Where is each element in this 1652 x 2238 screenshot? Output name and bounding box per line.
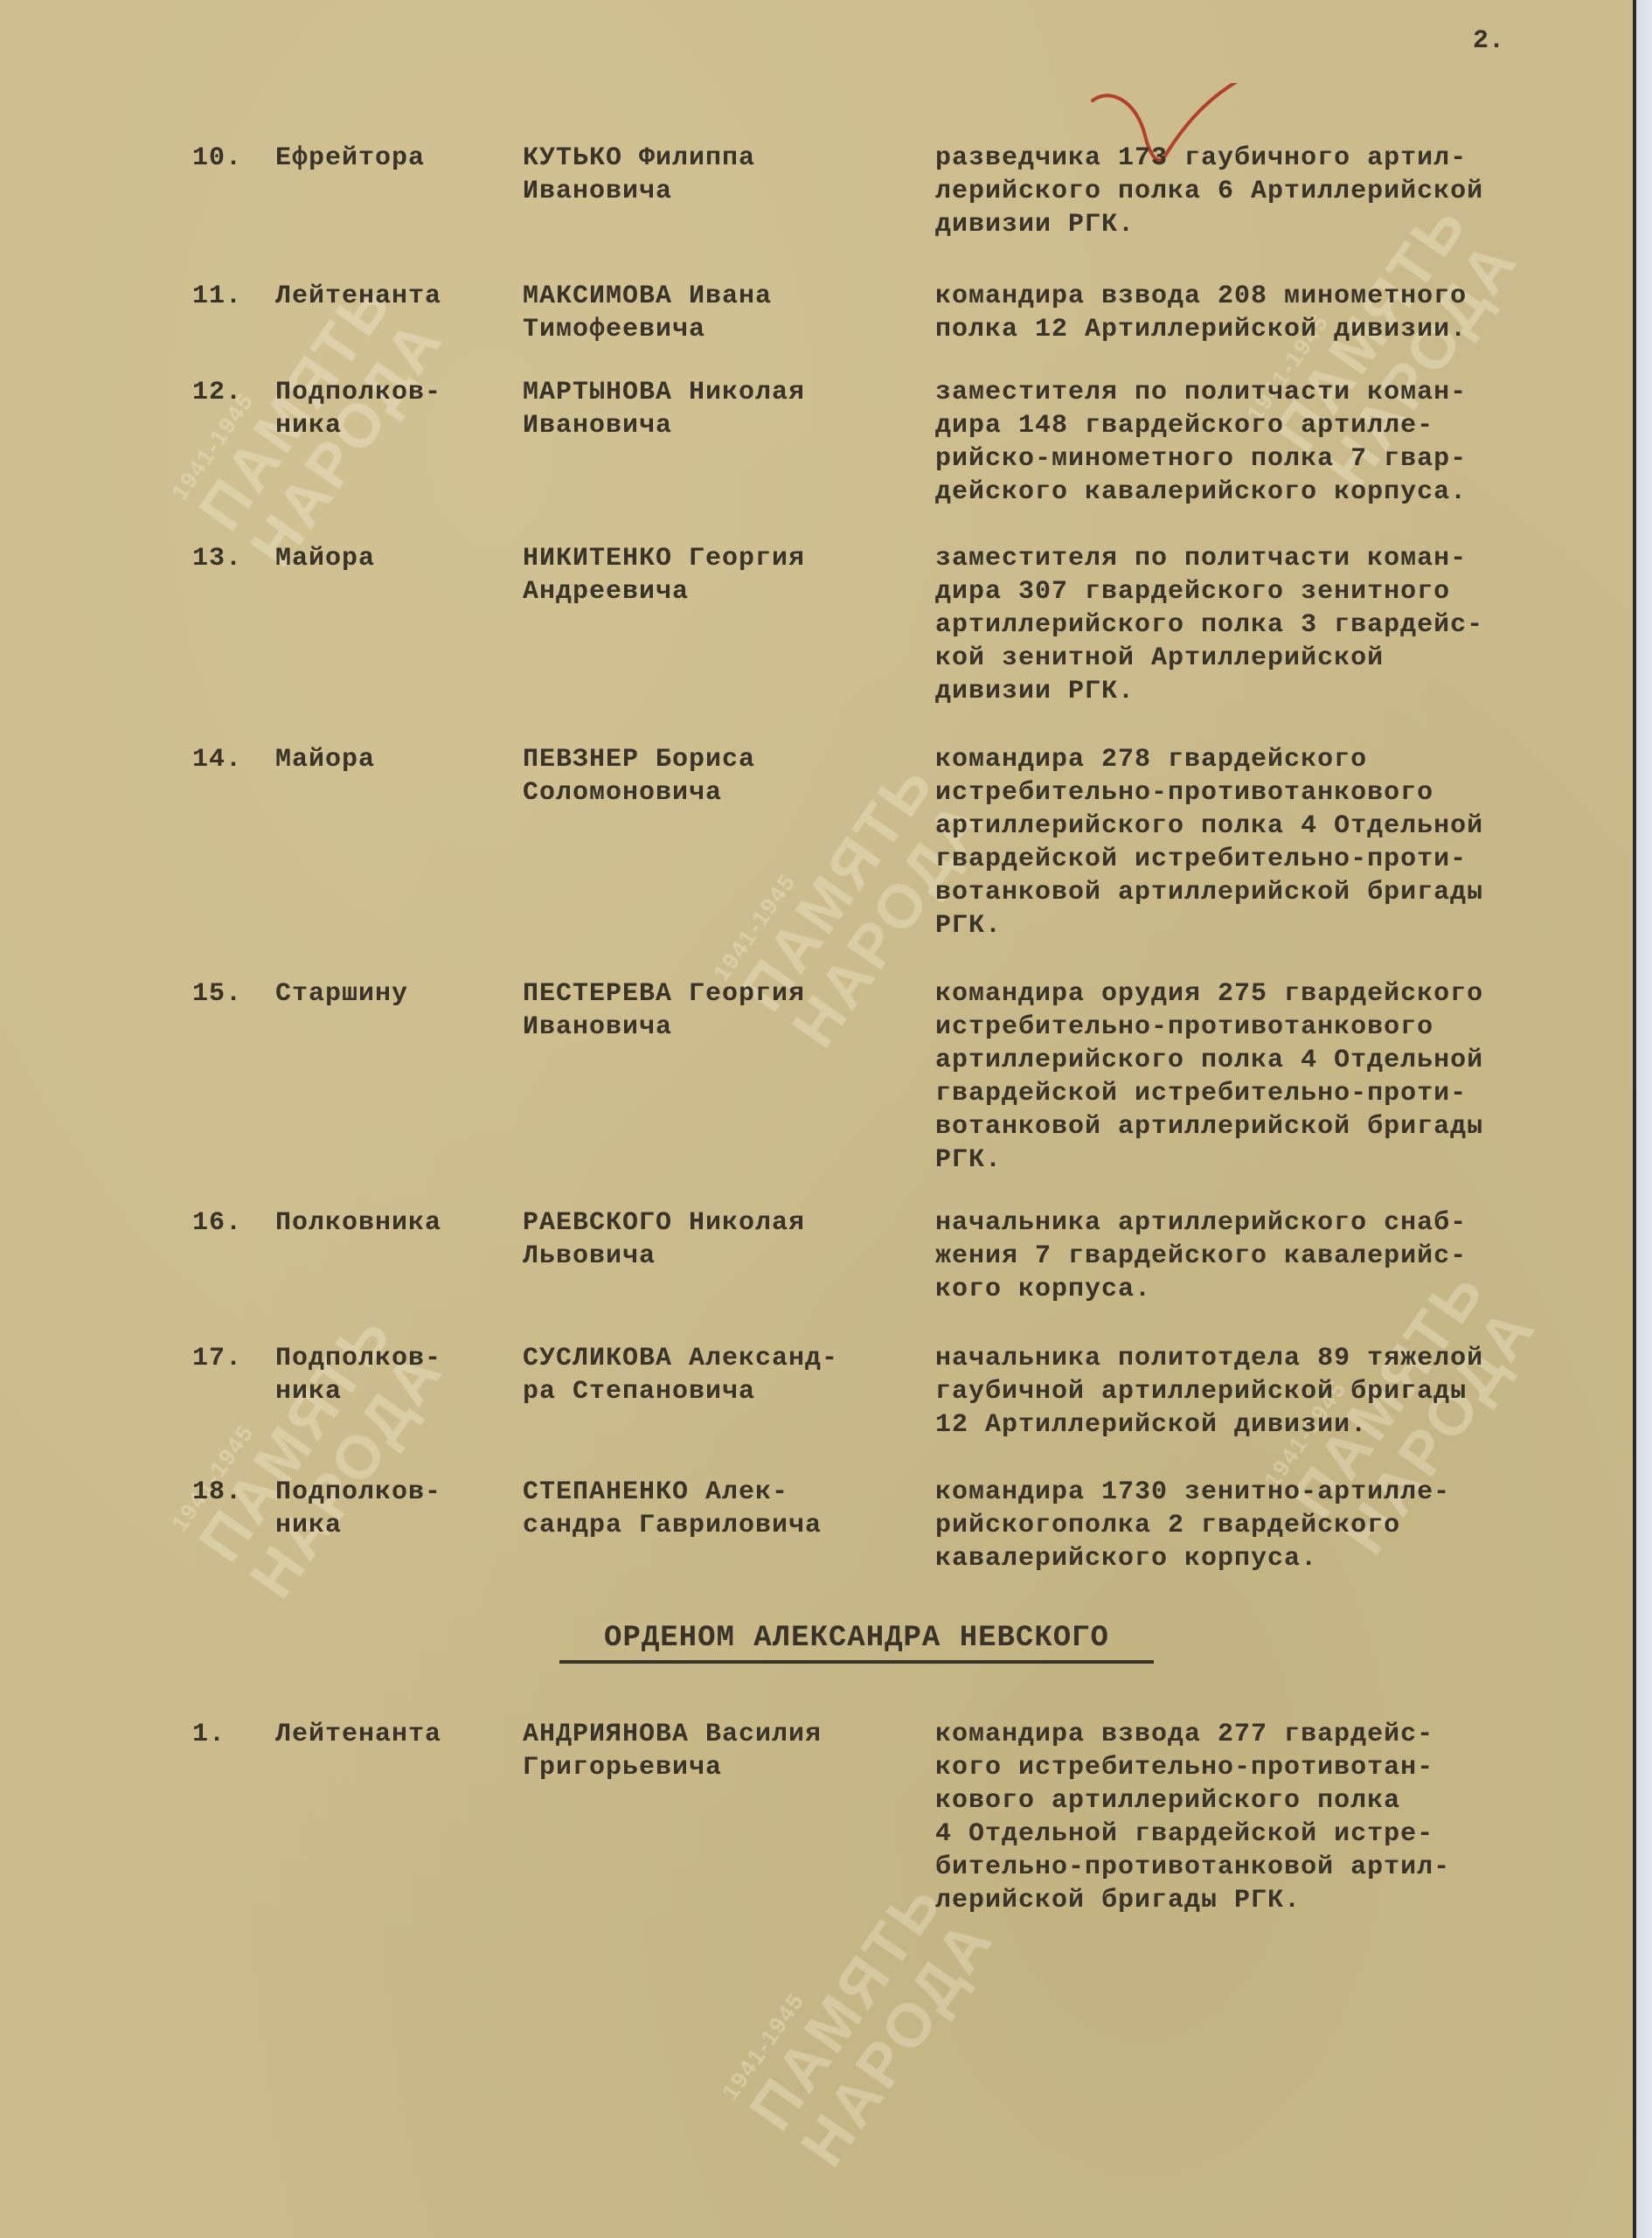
entry-num: 14. <box>192 743 271 776</box>
entry-name: НИКИТЕНКО Георгия Андреевича <box>523 542 934 608</box>
entry-name: МАРТЫНОВА Николая Ивановича <box>523 376 934 442</box>
entry-rank: Лейтенанта <box>275 280 520 313</box>
entry-desc: командира 1730 зенитно-артилле- рийского… <box>935 1476 1626 1575</box>
scan-edge <box>1633 0 1652 2238</box>
entry-name: СУСЛИКОВА Александ- ра Степановича <box>523 1342 934 1408</box>
entry-num: 12. <box>192 376 271 409</box>
page-number: 2. <box>1473 26 1504 56</box>
entry-num: 10. <box>192 142 271 175</box>
entry-num: 15. <box>192 977 271 1011</box>
watermark: 1941-1945 ПАМЯТЬ НАРОДА <box>166 1287 455 1608</box>
watermark-text: НАРОДА <box>237 307 455 579</box>
entry-rank: Подполков- ника <box>275 376 520 442</box>
entry-num: 16. <box>192 1206 271 1240</box>
entry-name: МАКСИМОВА Ивана Тимофеевича <box>523 280 934 346</box>
entry-desc: разведчика 173 гаубичного артил- лерийск… <box>935 142 1626 241</box>
entry-name: СТЕПАНЕНКО Алек- сандра Гавриловича <box>523 1476 934 1542</box>
entry-name: КУТЬКО Филиппа Ивановича <box>523 142 934 208</box>
entry-rank: Ефрейтора <box>275 142 520 175</box>
entry-num: 17. <box>192 1342 271 1375</box>
entry-num: 11. <box>192 280 271 313</box>
entry-desc: начальника артиллерийского снаб- жения 7… <box>935 1206 1626 1306</box>
entry-name: ПЕСТЕРЕВА Георгия Ивановича <box>523 977 934 1044</box>
document-page: 1941-1945 ПАМЯТЬ НАРОДА 1941-1945 ПАМЯТЬ… <box>0 0 1633 2238</box>
entry-desc: командира орудия 275 гвардейского истреб… <box>935 977 1626 1177</box>
entry-desc: начальника политотдела 89 тяжелой гаубич… <box>935 1342 1626 1442</box>
entry-rank: Майора <box>275 542 520 575</box>
entry-desc: командира взвода 277 гвардейс- кого истр… <box>935 1718 1626 1917</box>
entry-rank: Лейтенанта <box>275 1718 520 1751</box>
entry-rank: Полковника <box>275 1206 520 1240</box>
entry-rank: Подполков- ника <box>275 1342 520 1408</box>
entry-desc: командира взвода 208 минометного полка 1… <box>935 280 1626 346</box>
entry-desc: заместителя по политчасти коман- дира 30… <box>935 542 1626 708</box>
entry-name: ПЕВЗНЕР Бориса Соломоновича <box>523 743 934 810</box>
entry-num: 18. <box>192 1476 271 1509</box>
entry-desc: командира 278 гвардейского истребительно… <box>935 743 1626 942</box>
entry-num: 1. <box>192 1718 271 1751</box>
entry-name: РАЕВСКОГО Николая Львовича <box>523 1206 934 1273</box>
entry-num: 13. <box>192 542 271 575</box>
entry-name: АНДРИЯНОВА Василия Григорьевича <box>523 1718 934 1784</box>
entry-rank: Старшину <box>275 977 520 1011</box>
entry-rank: Майора <box>275 743 520 776</box>
watermark-text: ПАМЯТЬ <box>736 1869 955 2142</box>
watermark-years: 1941-1945 <box>717 1855 902 2104</box>
watermark-text: НАРОДА <box>788 1907 1006 2179</box>
section-title: ОРДЕНОМ АЛЕКСАНДРА НЕВСКОГО <box>559 1622 1154 1664</box>
entry-rank: Подполков- ника <box>275 1476 520 1542</box>
entry-desc: заместителя по политчасти коман- дира 14… <box>935 376 1626 509</box>
